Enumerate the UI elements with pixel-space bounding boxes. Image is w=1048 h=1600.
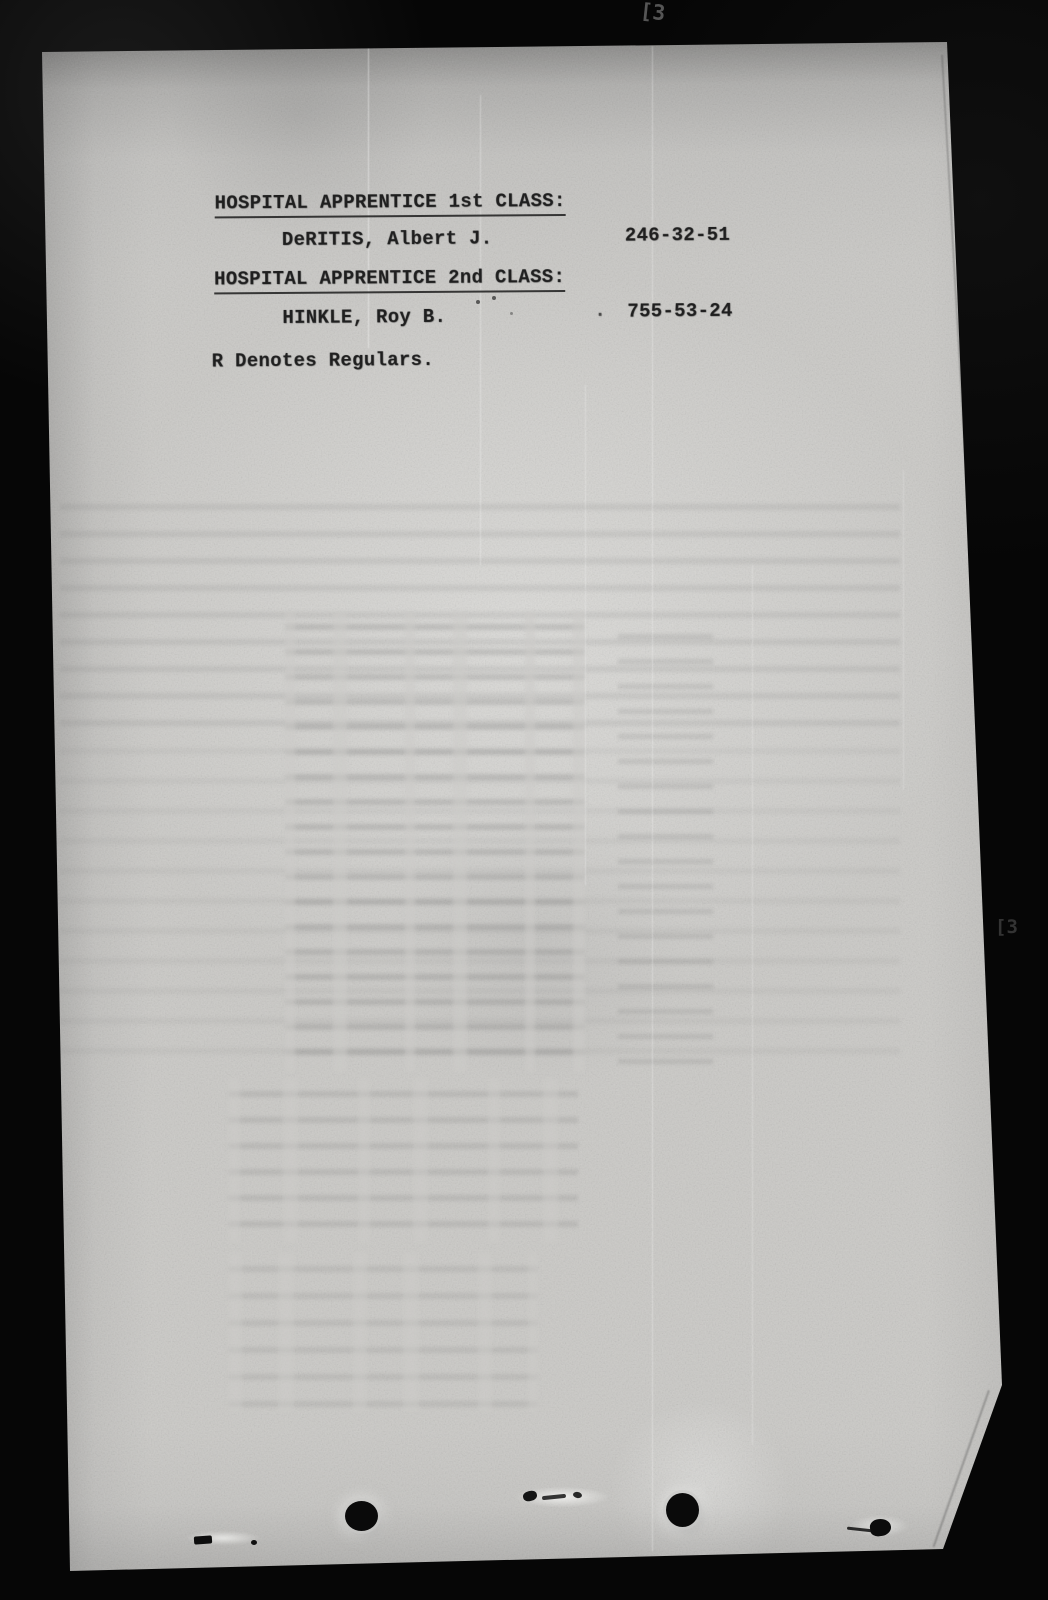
scan-background: [3 [3 HOSPITAL APPRENTICE 1st CLASS: DeR… [0, 0, 1048, 1600]
punch-hole-right [666, 1493, 699, 1527]
typewritten-text-block: HOSPITAL APPRENTICE 1st CLASS: DeRITIS, … [0, 0, 1048, 1600]
ink-smudge-bottom-center [505, 1483, 620, 1511]
punch-hole-left [345, 1501, 378, 1531]
ink-dash-bottom-left [194, 1535, 213, 1544]
footnote: R Denotes Regulars. [212, 349, 434, 373]
document-page: HOSPITAL APPRENTICE 1st CLASS: DeRITIS, … [0, 0, 1048, 1600]
ink-dot-bottom-left [251, 1540, 257, 1545]
section-heading-2nd-class: HOSPITAL APPRENTICE 2nd CLASS: [214, 266, 565, 290]
service-number: 755-53-24 [627, 300, 732, 323]
section-heading-1st-class: HOSPITAL APPRENTICE 1st CLASS: [215, 190, 566, 214]
roster-name: DeRITIS, Albert J. [282, 227, 493, 250]
ink-dot [492, 296, 496, 300]
ink-dot [476, 300, 480, 304]
scan-edge-mark-top: [3 [639, 0, 667, 25]
service-number: 246-32-51 [625, 224, 730, 247]
roster-name: HINKLE, Roy B. [282, 306, 446, 329]
ink-dot [510, 312, 513, 315]
stray-period-mark: . [594, 300, 606, 322]
scan-edge-mark-right: [3 [995, 916, 1018, 938]
